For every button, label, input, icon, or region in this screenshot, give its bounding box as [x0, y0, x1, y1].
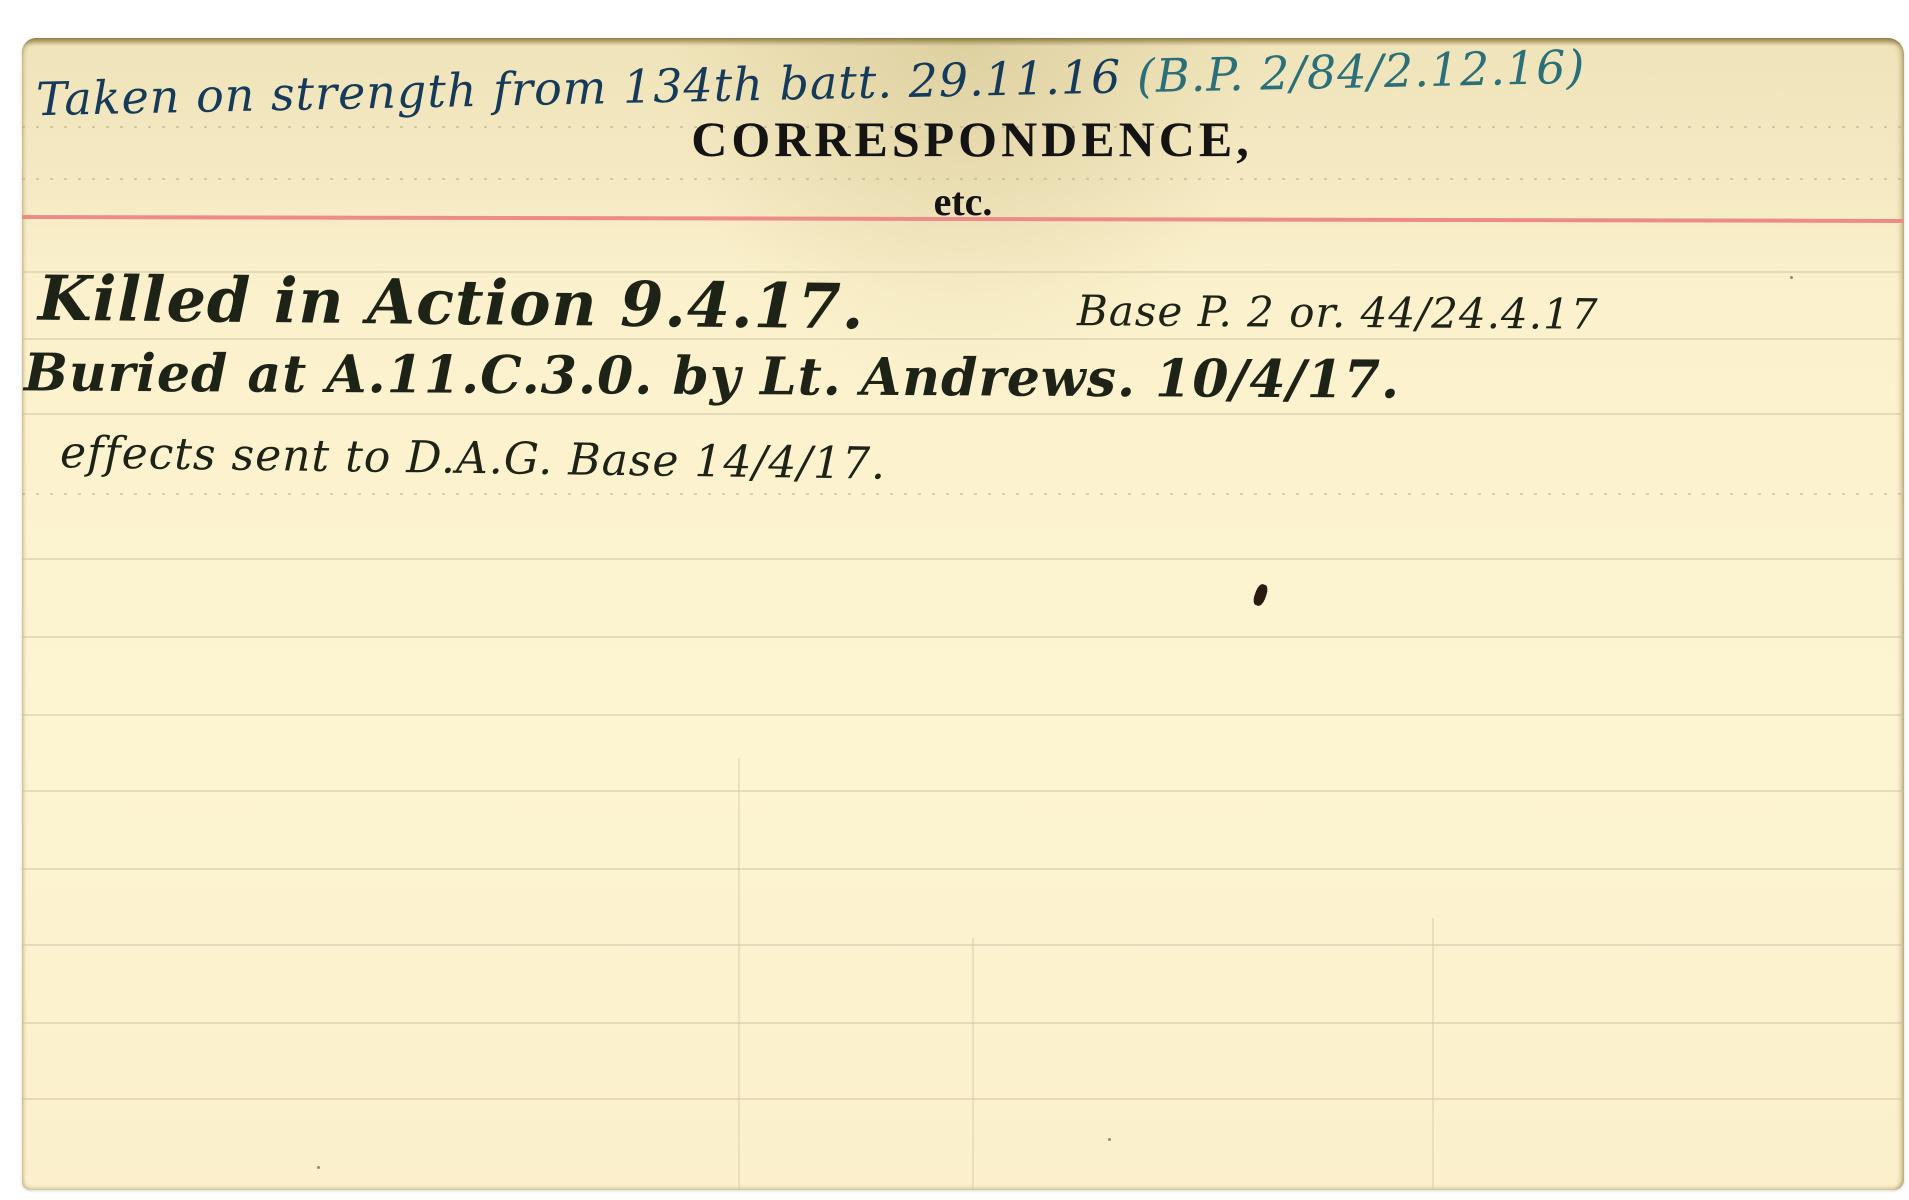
ruled-line	[22, 944, 1904, 946]
ruled-line	[22, 413, 1904, 415]
top-edge-stain	[22, 38, 1904, 46]
ruled-line	[22, 790, 1904, 792]
record-card: CORRESPONDENCE, etc. Taken on strength f…	[22, 38, 1904, 1190]
ruled-line	[22, 636, 1904, 638]
handwritten-burial-note: Buried at A.11.C.3.0. by Lt. Andrews. 10…	[24, 342, 1400, 410]
paper-speck	[1790, 276, 1793, 279]
base-reference-text: Base P. 2 or. 44/24.4.17	[1077, 286, 1599, 339]
paper-speck	[317, 1166, 320, 1169]
ruled-line	[22, 338, 1904, 340]
ruled-line	[22, 868, 1904, 870]
burial-note-text: Buried at A.11.C.3.0. by Lt. Andrews. 10…	[24, 342, 1400, 410]
handwritten-killed-in-action: Killed in Action 9.4.17.	[38, 262, 865, 344]
ruled-line	[22, 1098, 1904, 1100]
handwritten-base-reference: Base P. 2 or. 44/24.4.17	[1077, 286, 1599, 339]
vertical-rule	[972, 938, 974, 1190]
strength-note-reference: (B.P. 2/84/2.12.16)	[1136, 40, 1586, 103]
vertical-rule	[738, 758, 740, 1190]
handwritten-effects-note: effects sent to D.A.G. Base 14/4/17.	[60, 427, 887, 490]
killed-in-action-text: Killed in Action 9.4.17.	[38, 262, 865, 344]
ruled-line	[22, 714, 1904, 716]
paper-speck	[1108, 1138, 1111, 1141]
ruled-line	[22, 558, 1904, 560]
effects-note-text: effects sent to D.A.G. Base 14/4/17.	[60, 427, 887, 490]
ink-speck	[1252, 583, 1270, 607]
vertical-rule	[1432, 918, 1434, 1190]
ruled-line	[22, 493, 1904, 495]
ruled-line	[22, 1022, 1904, 1024]
